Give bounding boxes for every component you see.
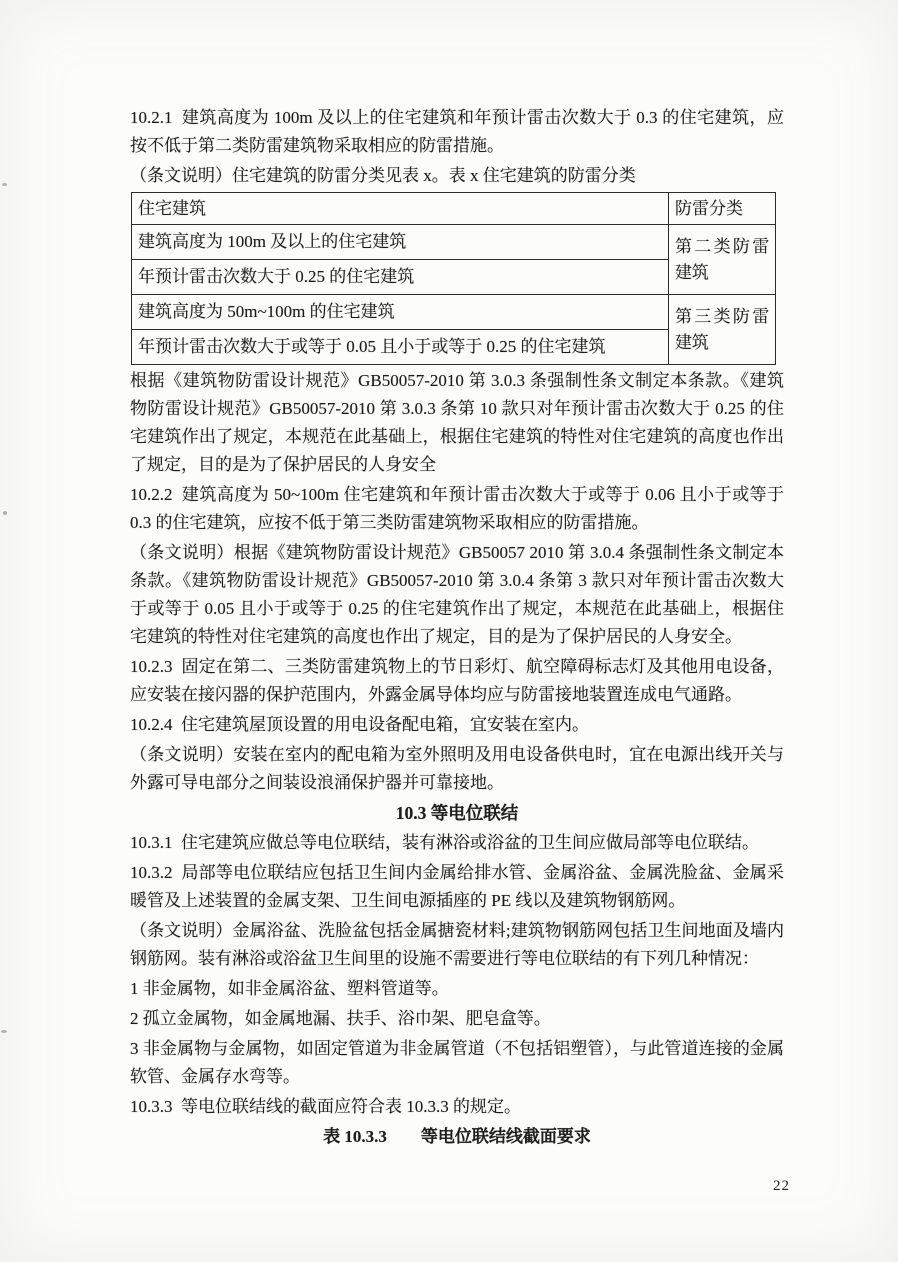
clause-10-3-2: 10.3.2 局部等电位联结应包括卫生间内金属给排水管、金属浴盆、金属洗脸盆、金…	[130, 859, 784, 915]
clause-10-3-1: 10.3.1 住宅建筑应做总等电位联结，装有淋浴或浴盆的卫生间应做局部等电位联结…	[130, 829, 784, 857]
scan-artifact-speck	[1, 1030, 7, 1033]
list-item-1: 1 非金属物，如非金属浴盆、塑料管道等。	[130, 975, 784, 1003]
table-cell-criteria: 年预计雷击次数大于 0.25 的住宅建筑	[132, 260, 669, 295]
document-body: 10.2.1 建筑高度为 100m 及以上的住宅建筑和年预计雷击次数大于 0.3…	[130, 104, 784, 1153]
table-header-row: 住宅建筑 防雷分类	[132, 193, 776, 225]
commentary-10-3-2: （条文说明）金属浴盆、洗脸盆包括金属搪瓷材料;建筑物钢筋网包括卫生间地面及墙内钢…	[130, 917, 784, 973]
list-item-3: 3 非金属物与金属物，如固定管道为非金属管道（不包括铝塑管），与此管道连接的金属…	[130, 1035, 784, 1091]
table-row: 建筑高度为 50m~100m 的住宅建筑 第三类防雷建筑	[132, 295, 776, 330]
table-10-3-3-caption: 表 10.3.3 等电位联结线截面要求	[130, 1123, 784, 1151]
scan-artifact-speck	[2, 183, 7, 186]
clause-10-2-3: 10.2.3 固定在第二、三类防雷建筑物上的节日彩灯、航空障碍标志灯及其他用电设…	[130, 653, 784, 709]
table-header-residential-building: 住宅建筑	[132, 193, 669, 225]
clause-10-2-1: 10.2.1 建筑高度为 100m 及以上的住宅建筑和年预计雷击次数大于 0.3…	[130, 104, 784, 160]
table-cell-criteria: 年预计雷击次数大于或等于 0.05 且小于或等于 0.25 的住宅建筑	[132, 330, 669, 365]
table-cell-criteria: 建筑高度为 100m 及以上的住宅建筑	[132, 225, 669, 260]
scan-artifact-speck	[3, 511, 7, 515]
lightning-classification-table: 住宅建筑 防雷分类 建筑高度为 100m 及以上的住宅建筑 第二类防雷建筑 年预…	[131, 192, 776, 365]
page-number: 22	[773, 1178, 790, 1195]
clause-10-2-4: 10.2.4 住宅建筑屋顶设置的用电设备配电箱，宜安装在室内。	[130, 711, 784, 739]
table-header-lightning-class: 防雷分类	[669, 193, 776, 225]
table-cell-category-class3: 第三类防雷建筑	[669, 295, 776, 365]
table-row: 建筑高度为 100m 及以上的住宅建筑 第二类防雷建筑	[132, 225, 776, 260]
clause-10-3-3: 10.3.3 等电位联结线的截面应符合表 10.3.3 的规定。	[130, 1093, 784, 1121]
table-cell-criteria: 建筑高度为 50m~100m 的住宅建筑	[132, 295, 669, 330]
scanned-document-page: 10.2.1 建筑高度为 100m 及以上的住宅建筑和年预计雷击次数大于 0.3…	[0, 0, 898, 1262]
table-cell-category-class2: 第二类防雷建筑	[669, 225, 776, 295]
section-heading-10-3: 10.3 等电位联结	[130, 799, 784, 827]
commentary-basis-gb50057: 根据《建筑物防雷设计规范》GB50057-2010 第 3.0.3 条强制性条文…	[130, 367, 784, 479]
list-item-2: 2 孤立金属物，如金属地漏、扶手、浴巾架、肥皂盒等。	[130, 1005, 784, 1033]
commentary-10-2-4: （条文说明）安装在室内的配电箱为室外照明及用电设备供电时，宜在电源出线开关与外露…	[130, 741, 784, 797]
commentary-10-2-1: （条文说明）住宅建筑的防雷分类见表 x。表 x 住宅建筑的防雷分类	[130, 162, 784, 190]
commentary-10-2-2: （条文说明）根据《建筑物防雷设计规范》GB50057 2010 第 3.0.4 …	[130, 539, 784, 651]
clause-10-2-2: 10.2.2 建筑高度为 50~100m 住宅建筑和年预计雷击次数大于或等于 0…	[130, 481, 784, 537]
